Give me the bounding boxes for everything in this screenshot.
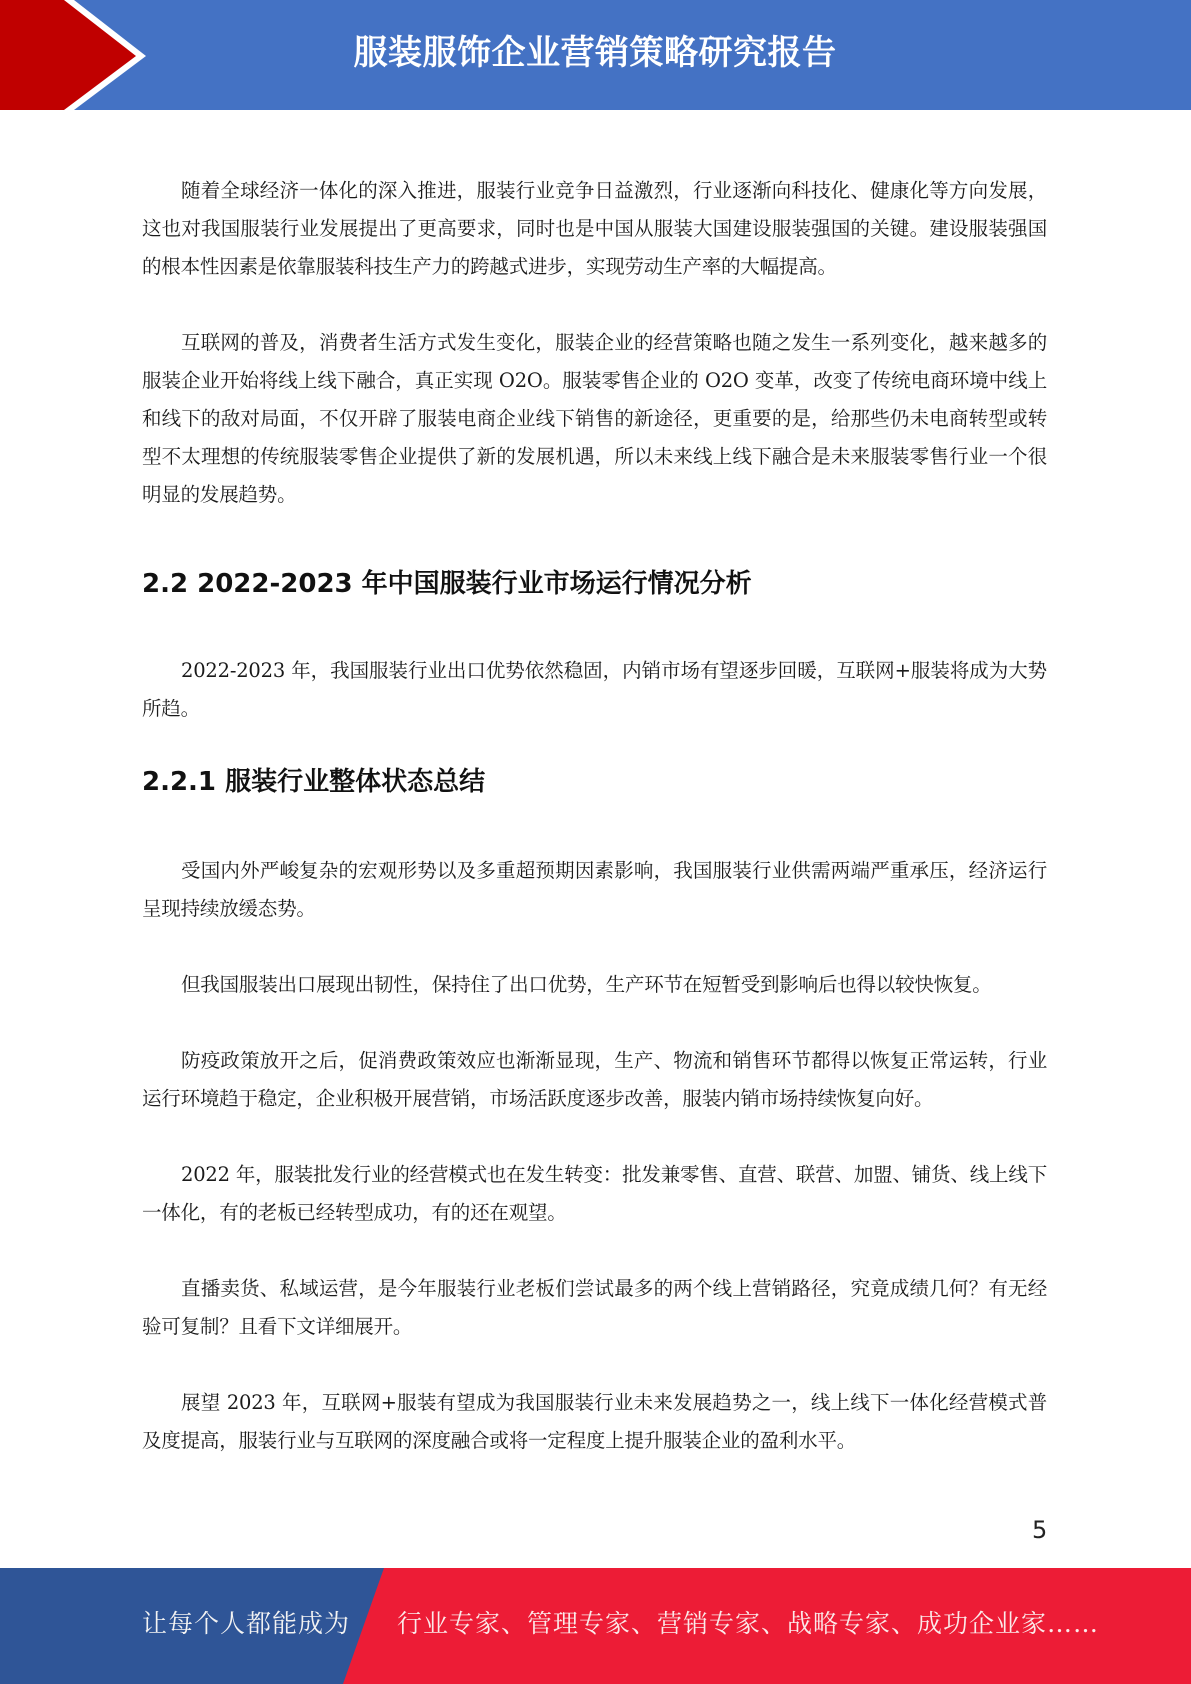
report-title: 服装服饰企业营销策略研究报告 (330, 28, 860, 78)
paragraph-2-2-1-4: 2022 年，服装批发行业的经营模式也在发生转变：批发兼零售、直营、联营、加盟、… (142, 1156, 1047, 1232)
paragraph-2-2-1-1: 受国内外严峻复杂的宏观形势以及多重超预期因素影响，我国服装行业供需两端严重承压，… (142, 852, 1047, 928)
section-heading-2-2: 2.2 2022-2023 年中国服装行业市场运行情况分析 (142, 564, 1047, 604)
paragraph-2-2-1-5: 直播卖货、私域运营，是今年服装行业老板们尝试最多的两个线上营销路径，究竟成绩几何… (142, 1270, 1047, 1346)
page-number: 5 (1032, 1516, 1047, 1544)
paragraph-intro-2: 互联网的普及，消费者生活方式发生变化，服装企业的经营策略也随之发生一系列变化，越… (142, 324, 1047, 514)
page-header: 服装服饰企业营销策略研究报告 (0, 0, 1191, 110)
footer-slogan-left: 让每个人都能成为 (142, 1606, 350, 1642)
document-body: 随着全球经济一体化的深入推进，服装行业竞争日益激烈，行业逐渐向科技化、健康化等方… (142, 172, 1047, 1460)
paragraph-2-2-1-3: 防疫政策放开之后，促消费政策效应也渐渐显现，生产、物流和销售环节都得以恢复正常运… (142, 1042, 1047, 1118)
section-heading-2-2-1: 2.2.1 服装行业整体状态总结 (142, 762, 1047, 802)
page-footer: 让每个人都能成为 行业专家、管理专家、营销专家、战略专家、成功企业家…… (0, 1568, 1191, 1684)
footer-slogan-right: 行业专家、管理专家、营销专家、战略专家、成功企业家…… (397, 1606, 1099, 1642)
paragraph-2-2-1-6: 展望 2023 年，互联网+服装有望成为我国服装行业未来发展趋势之一，线上线下一… (142, 1384, 1047, 1460)
paragraph-2-2: 2022-2023 年，我国服装行业出口优势依然稳固，内销市场有望逐步回暖，互联… (142, 652, 1047, 728)
paragraph-2-2-1-2: 但我国服装出口展现出韧性，保持住了出口优势，生产环节在短暂受到影响后也得以较快恢… (142, 966, 1047, 1004)
chevron-arrow-icon (0, 0, 150, 110)
paragraph-intro-1: 随着全球经济一体化的深入推进，服装行业竞争日益激烈，行业逐渐向科技化、健康化等方… (142, 172, 1047, 286)
